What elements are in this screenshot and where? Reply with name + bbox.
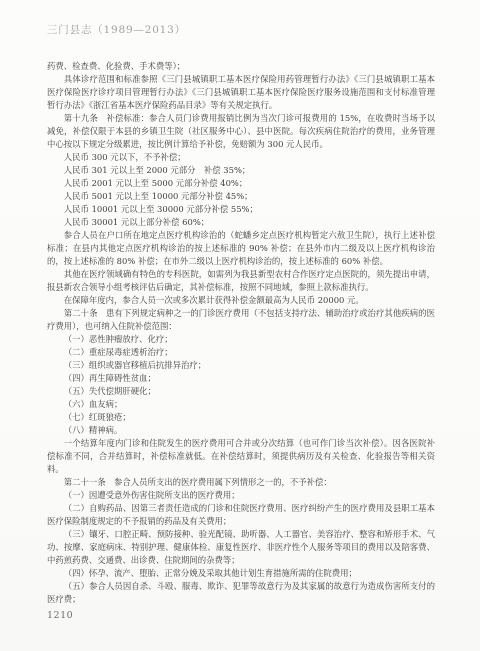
- paragraph: 第十九条 补偿标准：参合人员门诊费用报销比例为当次门诊可报费用的 15%，在收费…: [47, 112, 435, 151]
- running-header-book-title: 三门县志（1989—2013）: [47, 22, 186, 37]
- paragraph: 第二十一条 参合人员所支出的医疗费用属下列情形之一的，不予补偿：: [47, 476, 435, 489]
- paragraph: 参合人员在户口所在地定点医疗机构诊治的（蛇蟠乡定点医疗机构暂定六敖卫生院），执行…: [47, 229, 435, 268]
- document-body: 药费、检查费、化验费、手术费等）；具体诊疗范围和标准参照《三门县城镇职工基本医疗…: [47, 60, 435, 606]
- paragraph: 人民币 30001 元以上部分补偿 60%；: [47, 216, 435, 229]
- paragraph: 药费、检查费、化验费、手术费等）；: [47, 60, 435, 73]
- document-page: 三门县志（1989—2013） 药费、检查费、化验费、手术费等）；具体诊疗范围和…: [0, 0, 480, 651]
- paragraph: 其他在医疗领域确有特色的专科医院，如需列为我县新型农村合作医疗定点医院的，须先提…: [47, 268, 435, 294]
- paragraph: （一）恶性肿瘤放疗、化疗；: [47, 333, 435, 346]
- paragraph: 人民币 301 元以上至 2000 元部分 补偿 35%；: [47, 164, 435, 177]
- paragraph: 人民币 10001 元以上至 30000 元部分补偿 55%；: [47, 203, 435, 216]
- paragraph: 第二十条 患有下列规定病种之一的门诊医疗费用（不包括支持疗法、辅助治疗或治疗其他…: [47, 307, 435, 333]
- paragraph: （六）血友病；: [47, 398, 435, 411]
- paragraph: 在保障年度内，参合人员一次或多次累计获得补偿金额最高为人民币 20000 元。: [47, 294, 435, 307]
- paragraph: （五）参合人员因自杀、斗殴、服毒、欺诈、犯罪等故意行为及其家属的故意行为造成伤害…: [47, 580, 435, 606]
- paragraph: （四）怀孕、流产、堕胎、正常分娩及采取其他计划生育措施所需的住院费用；: [47, 567, 435, 580]
- paragraph: 人民币 2001 元以上至 5000 元部分补偿 40%；: [47, 177, 435, 190]
- paragraph: （二）自购药品、因第三者责任造成的门诊和住院医疗费用、医疗纠纷产生的医疗费用及县…: [47, 502, 435, 528]
- paragraph: （五）失代偿期肝硬化；: [47, 385, 435, 398]
- page-number: 1210: [47, 610, 73, 621]
- paragraph: （七）红斑狼疮；: [47, 411, 435, 424]
- paragraph: （三）组织或器官移植后抗排异治疗；: [47, 359, 435, 372]
- paragraph: 人民币 5001 元以上至 10000 元部分补偿 45%；: [47, 190, 435, 203]
- paragraph: （三）镶牙、口腔正畸、预防接种、验光配镜、助听器、人工器官、美容治疗、整容和矫形…: [47, 528, 435, 567]
- paragraph: （四）再生障碍性贫血；: [47, 372, 435, 385]
- paragraph: （八）精神病。: [47, 424, 435, 437]
- paragraph: 一个结算年度内门诊和住院发生的医疗费用可合并或分次结算（也可作门诊当次补偿）。因…: [47, 437, 435, 476]
- paragraph: （一）因遭受意外伤害住院所支出的医疗费用；: [47, 489, 435, 502]
- paragraph: 具体诊疗范围和标准参照《三门县城镇职工基本医疗保险用药管理暂行办法》《三门县城镇…: [47, 73, 435, 112]
- paragraph: （二）重症尿毒症透析治疗；: [47, 346, 435, 359]
- paragraph: 人民币 300 元以下，不予补偿；: [47, 151, 435, 164]
